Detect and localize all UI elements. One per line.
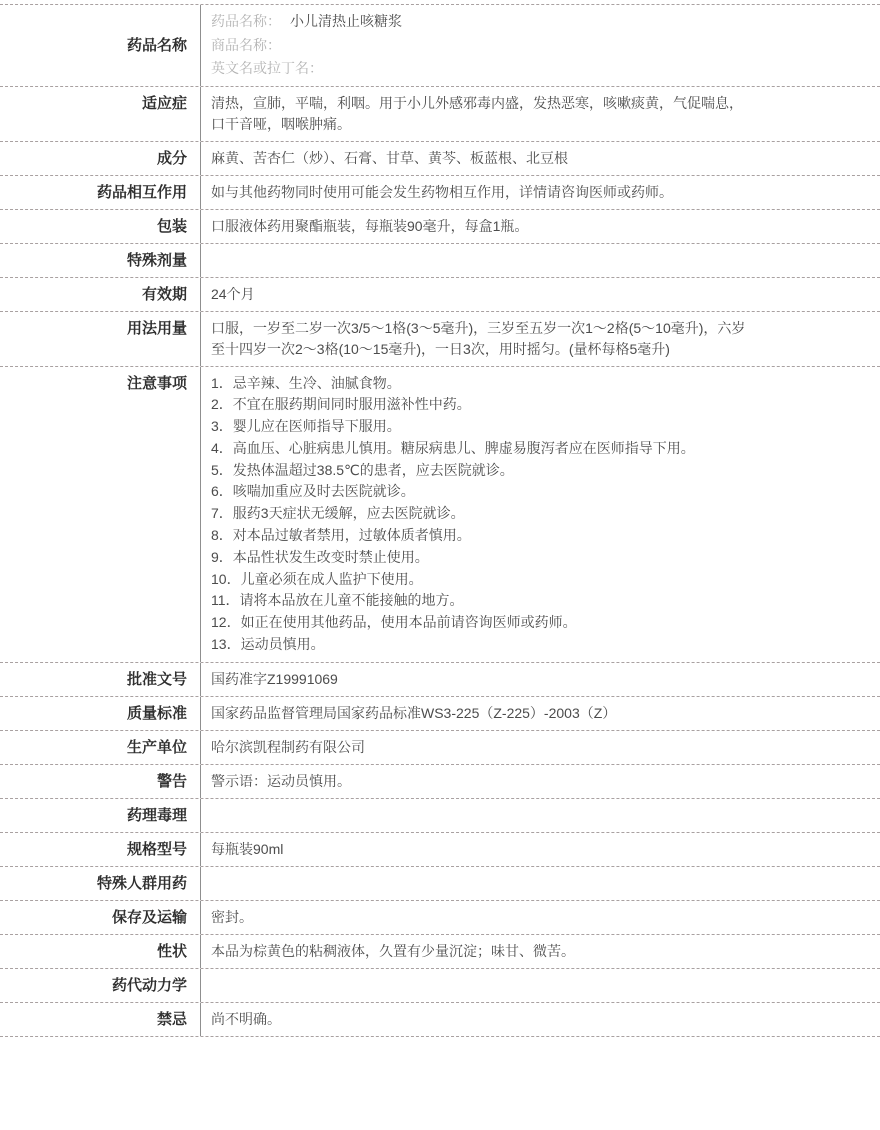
latin-name-field-label: 英文名或拉丁名：: [211, 60, 323, 76]
row-label: 性状: [0, 935, 201, 968]
table-row-indications: 适应症 清热，宣肺，平喘，利咽。用于小儿外感邪毒内盛，发热恶寒，咳嗽痰黄，气促喘…: [0, 87, 880, 142]
precaution-item: 10．儿童必须在成人监护下使用。: [211, 569, 750, 591]
row-value: [201, 244, 880, 277]
row-value: [201, 799, 880, 832]
row-value: 国家药品监督管理局国家药品标准WS3-225（Z-225）-2003（Z）: [201, 697, 880, 730]
row-label: 生产单位: [0, 731, 201, 764]
row-value: 警示语：运动员慎用。: [201, 765, 880, 798]
row-label: 质量标准: [0, 697, 201, 730]
precaution-item: 4．高血压、心脏病患儿慎用。糖尿病患儿、脾虚易腹泻者应在医师指导下用。: [211, 438, 750, 460]
row-label: 用法用量: [0, 312, 201, 366]
trade-name-line: 商品名称：: [211, 34, 750, 58]
row-label: 警告: [0, 765, 201, 798]
table-row-quality-standard: 质量标准 国家药品监督管理局国家药品标准WS3-225（Z-225）-2003（…: [0, 697, 880, 731]
table-row-special-dosage: 特殊剂量: [0, 244, 880, 278]
table-row-pharmacokinetics: 药代动力学: [0, 969, 880, 1003]
row-value: 1．忌辛辣、生冷、油腻食物。 2．不宜在服药期间同时服用滋补性中药。 3．婴儿应…: [201, 367, 880, 662]
row-value: 哈尔滨凯程制药有限公司: [201, 731, 880, 764]
table-row-ingredients: 成分 麻黄、苦杏仁（炒）、石膏、甘草、黄芩、板蓝根、北豆根: [0, 142, 880, 176]
table-row-storage-transport: 保存及运输 密封。: [0, 901, 880, 935]
row-label: 保存及运输: [0, 901, 201, 934]
row-value: 本品为棕黄色的粘稠液体，久置有少量沉淀；味甘、微苦。: [201, 935, 880, 968]
row-label: 适应症: [0, 87, 201, 141]
precaution-item: 6．咳喘加重应及时去医院就诊。: [211, 481, 750, 503]
table-row-approval-number: 批准文号 国药准字Z19991069: [0, 663, 880, 697]
row-value: 口服液体药用聚酯瓶装，每瓶装90毫升，每盒1瓶。: [201, 210, 880, 243]
precaution-item: 2．不宜在服药期间同时服用滋补性中药。: [211, 394, 750, 416]
precaution-item: 9．本品性状发生改变时禁止使用。: [211, 547, 750, 569]
row-value: 每瓶装90ml: [201, 833, 880, 866]
table-row-contraindications: 禁忌 尚不明确。: [0, 1003, 880, 1037]
precaution-item: 5．发热体温超过38.5℃的患者，应去医院就诊。: [211, 460, 750, 482]
drug-name-field-value: 小儿清热止咳糖浆: [290, 13, 402, 29]
table-row-shelf-life: 有效期 24个月: [0, 278, 880, 312]
table-row-precautions: 注意事项 1．忌辛辣、生冷、油腻食物。 2．不宜在服药期间同时服用滋补性中药。 …: [0, 367, 880, 663]
table-row-manufacturer: 生产单位 哈尔滨凯程制药有限公司: [0, 731, 880, 765]
row-value: 如与其他药物同时使用可能会发生药物相互作用，详情请咨询医师或药师。: [201, 176, 880, 209]
trade-name-field-label: 商品名称：: [211, 37, 281, 53]
table-row-specification: 规格型号 每瓶装90ml: [0, 833, 880, 867]
row-value: 24个月: [201, 278, 880, 311]
precaution-item: 13．运动员慎用。: [211, 634, 750, 656]
table-row-dosage-administration: 用法用量 口服，一岁至二岁一次3/5～1格(3～5毫升)，三岁至五岁一次1～2格…: [0, 312, 880, 367]
row-value: 清热，宣肺，平喘，利咽。用于小儿外感邪毒内盛，发热恶寒，咳嗽痰黄，气促喘息，口干…: [201, 87, 880, 141]
row-label: 成分: [0, 142, 201, 175]
row-label: 药品名称: [0, 5, 201, 86]
row-label: 包装: [0, 210, 201, 243]
table-row-special-populations: 特殊人群用药: [0, 867, 880, 901]
table-row-pharmacology-toxicology: 药理毒理: [0, 799, 880, 833]
row-label: 药代动力学: [0, 969, 201, 1002]
table-row-packaging: 包装 口服液体药用聚酯瓶装，每瓶装90毫升，每盒1瓶。: [0, 210, 880, 244]
precaution-item: 1．忌辛辣、生冷、油腻食物。: [211, 373, 750, 395]
latin-name-line: 英文名或拉丁名：: [211, 57, 750, 81]
row-label: 药理毒理: [0, 799, 201, 832]
row-label: 禁忌: [0, 1003, 201, 1036]
row-label: 特殊剂量: [0, 244, 201, 277]
row-value: 密封。: [201, 901, 880, 934]
row-value: 药品名称：小儿清热止咳糖浆 商品名称： 英文名或拉丁名：: [201, 5, 880, 86]
drug-info-table: 药品名称 药品名称：小儿清热止咳糖浆 商品名称： 英文名或拉丁名： 适应症 清热…: [0, 4, 880, 1037]
row-value: [201, 969, 880, 1002]
row-value: 麻黄、苦杏仁（炒）、石膏、甘草、黄芩、板蓝根、北豆根: [201, 142, 880, 175]
precaution-item: 11．请将本品放在儿童不能接触的地方。: [211, 590, 750, 612]
precaution-item: 3．婴儿应在医师指导下服用。: [211, 416, 750, 438]
row-value: 尚不明确。: [201, 1003, 880, 1036]
row-value: 口服，一岁至二岁一次3/5～1格(3～5毫升)，三岁至五岁一次1～2格(5～10…: [201, 312, 880, 366]
row-label: 有效期: [0, 278, 201, 311]
drug-name-line: 药品名称：小儿清热止咳糖浆: [211, 10, 750, 34]
row-label: 药品相互作用: [0, 176, 201, 209]
row-label: 特殊人群用药: [0, 867, 201, 900]
drug-name-field-label: 药品名称：: [211, 13, 281, 29]
table-row-description: 性状 本品为棕黄色的粘稠液体，久置有少量沉淀；味甘、微苦。: [0, 935, 880, 969]
precaution-item: 12．如正在使用其他药品，使用本品前请咨询医师或药师。: [211, 612, 750, 634]
table-row-warning: 警告 警示语：运动员慎用。: [0, 765, 880, 799]
row-label: 批准文号: [0, 663, 201, 696]
table-row-drug-name: 药品名称 药品名称：小儿清热止咳糖浆 商品名称： 英文名或拉丁名：: [0, 5, 880, 87]
precaution-item: 8．对本品过敏者禁用，过敏体质者慎用。: [211, 525, 750, 547]
row-value: [201, 867, 880, 900]
precaution-item: 7．服药3天症状无缓解，应去医院就诊。: [211, 503, 750, 525]
row-value: 国药准字Z19991069: [201, 663, 880, 696]
row-label: 注意事项: [0, 367, 201, 662]
row-label: 规格型号: [0, 833, 201, 866]
table-row-drug-interactions: 药品相互作用 如与其他药物同时使用可能会发生药物相互作用，详情请咨询医师或药师。: [0, 176, 880, 210]
